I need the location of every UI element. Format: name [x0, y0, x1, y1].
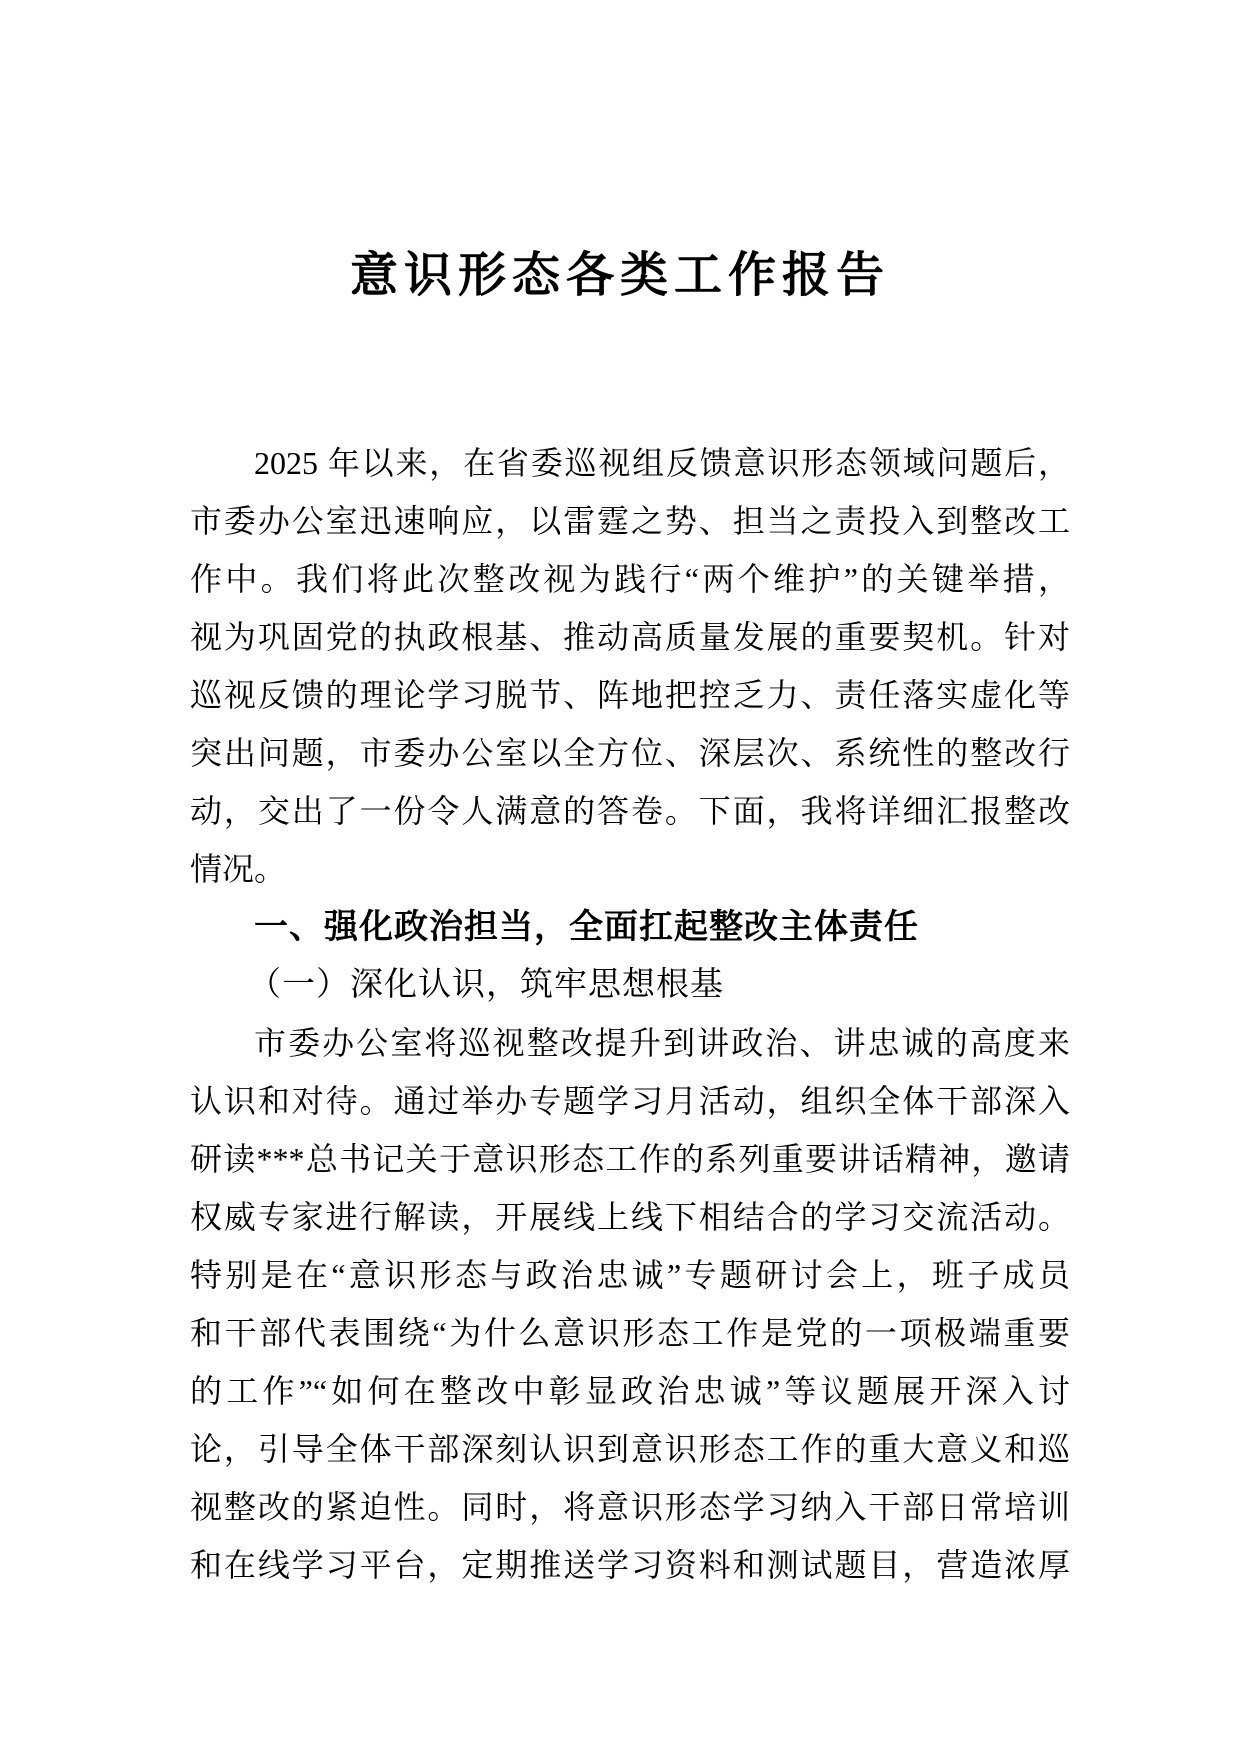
text-line: 2025 年以来，在省委巡视组反馈意识形态领域问题后，	[190, 434, 1070, 492]
text-line: 市委办公室迅速响应，以雷霆之势、担当之责投入到整改工	[190, 492, 1070, 550]
text-line: 动，交出了一份令人满意的答卷。下面，我将详细汇报整改	[190, 782, 1070, 840]
text-line: 突出问题，市委办公室以全方位、深层次、系统性的整改行	[190, 724, 1070, 782]
text-line: 论，引导全体干部深刻认识到意识形态工作的重大意义和巡	[190, 1420, 1070, 1478]
text-line: 特别是在“意识形态与政治忠诚”专题研讨会上，班子成员	[190, 1246, 1070, 1304]
text-line: 作中。我们将此次整改视为践行“两个维护”的关键举措，	[190, 550, 1070, 608]
text-line: 和在线学习平台，定期推送学习资料和测试题目，营造浓厚	[190, 1536, 1070, 1594]
document-body: 2025 年以来，在省委巡视组反馈意识形态领域问题后， 市委办公室迅速响应，以雷…	[190, 434, 1070, 1594]
document-page: 意识形态各类工作报告 2025 年以来，在省委巡视组反馈意识形态领域问题后， 市…	[0, 0, 1240, 1753]
text-line: 认识和对待。通过举办专题学习月活动，组织全体干部深入	[190, 1072, 1070, 1130]
section-heading: 一、强化政治担当，全面扛起整改主体责任	[190, 898, 1070, 956]
text-line: 巡视反馈的理论学习脱节、阵地把控乏力、责任落实虚化等	[190, 666, 1070, 724]
text-line: 研读***总书记关于意识形态工作的系列重要讲话精神，邀请	[190, 1130, 1070, 1188]
text-line: 和干部代表围绕“为什么意识形态工作是党的一项极端重要	[190, 1304, 1070, 1362]
document-title: 意识形态各类工作报告	[0, 244, 1240, 308]
section-subheading: （一）深化认识，筑牢思想根基	[190, 956, 1070, 1014]
text-line: 视整改的紧迫性。同时，将意识形态学习纳入干部日常培训	[190, 1478, 1070, 1536]
text-line: 市委办公室将巡视整改提升到讲政治、讲忠诚的高度来	[190, 1014, 1070, 1072]
text-line: 的工作”“如何在整改中彰显政治忠诚”等议题展开深入讨	[190, 1362, 1070, 1420]
text-line: 权威专家进行解读，开展线上线下相结合的学习交流活动。	[190, 1188, 1070, 1246]
text-line: 情况。	[190, 840, 1070, 898]
text-line: 视为巩固党的执政根基、推动高质量发展的重要契机。针对	[190, 608, 1070, 666]
